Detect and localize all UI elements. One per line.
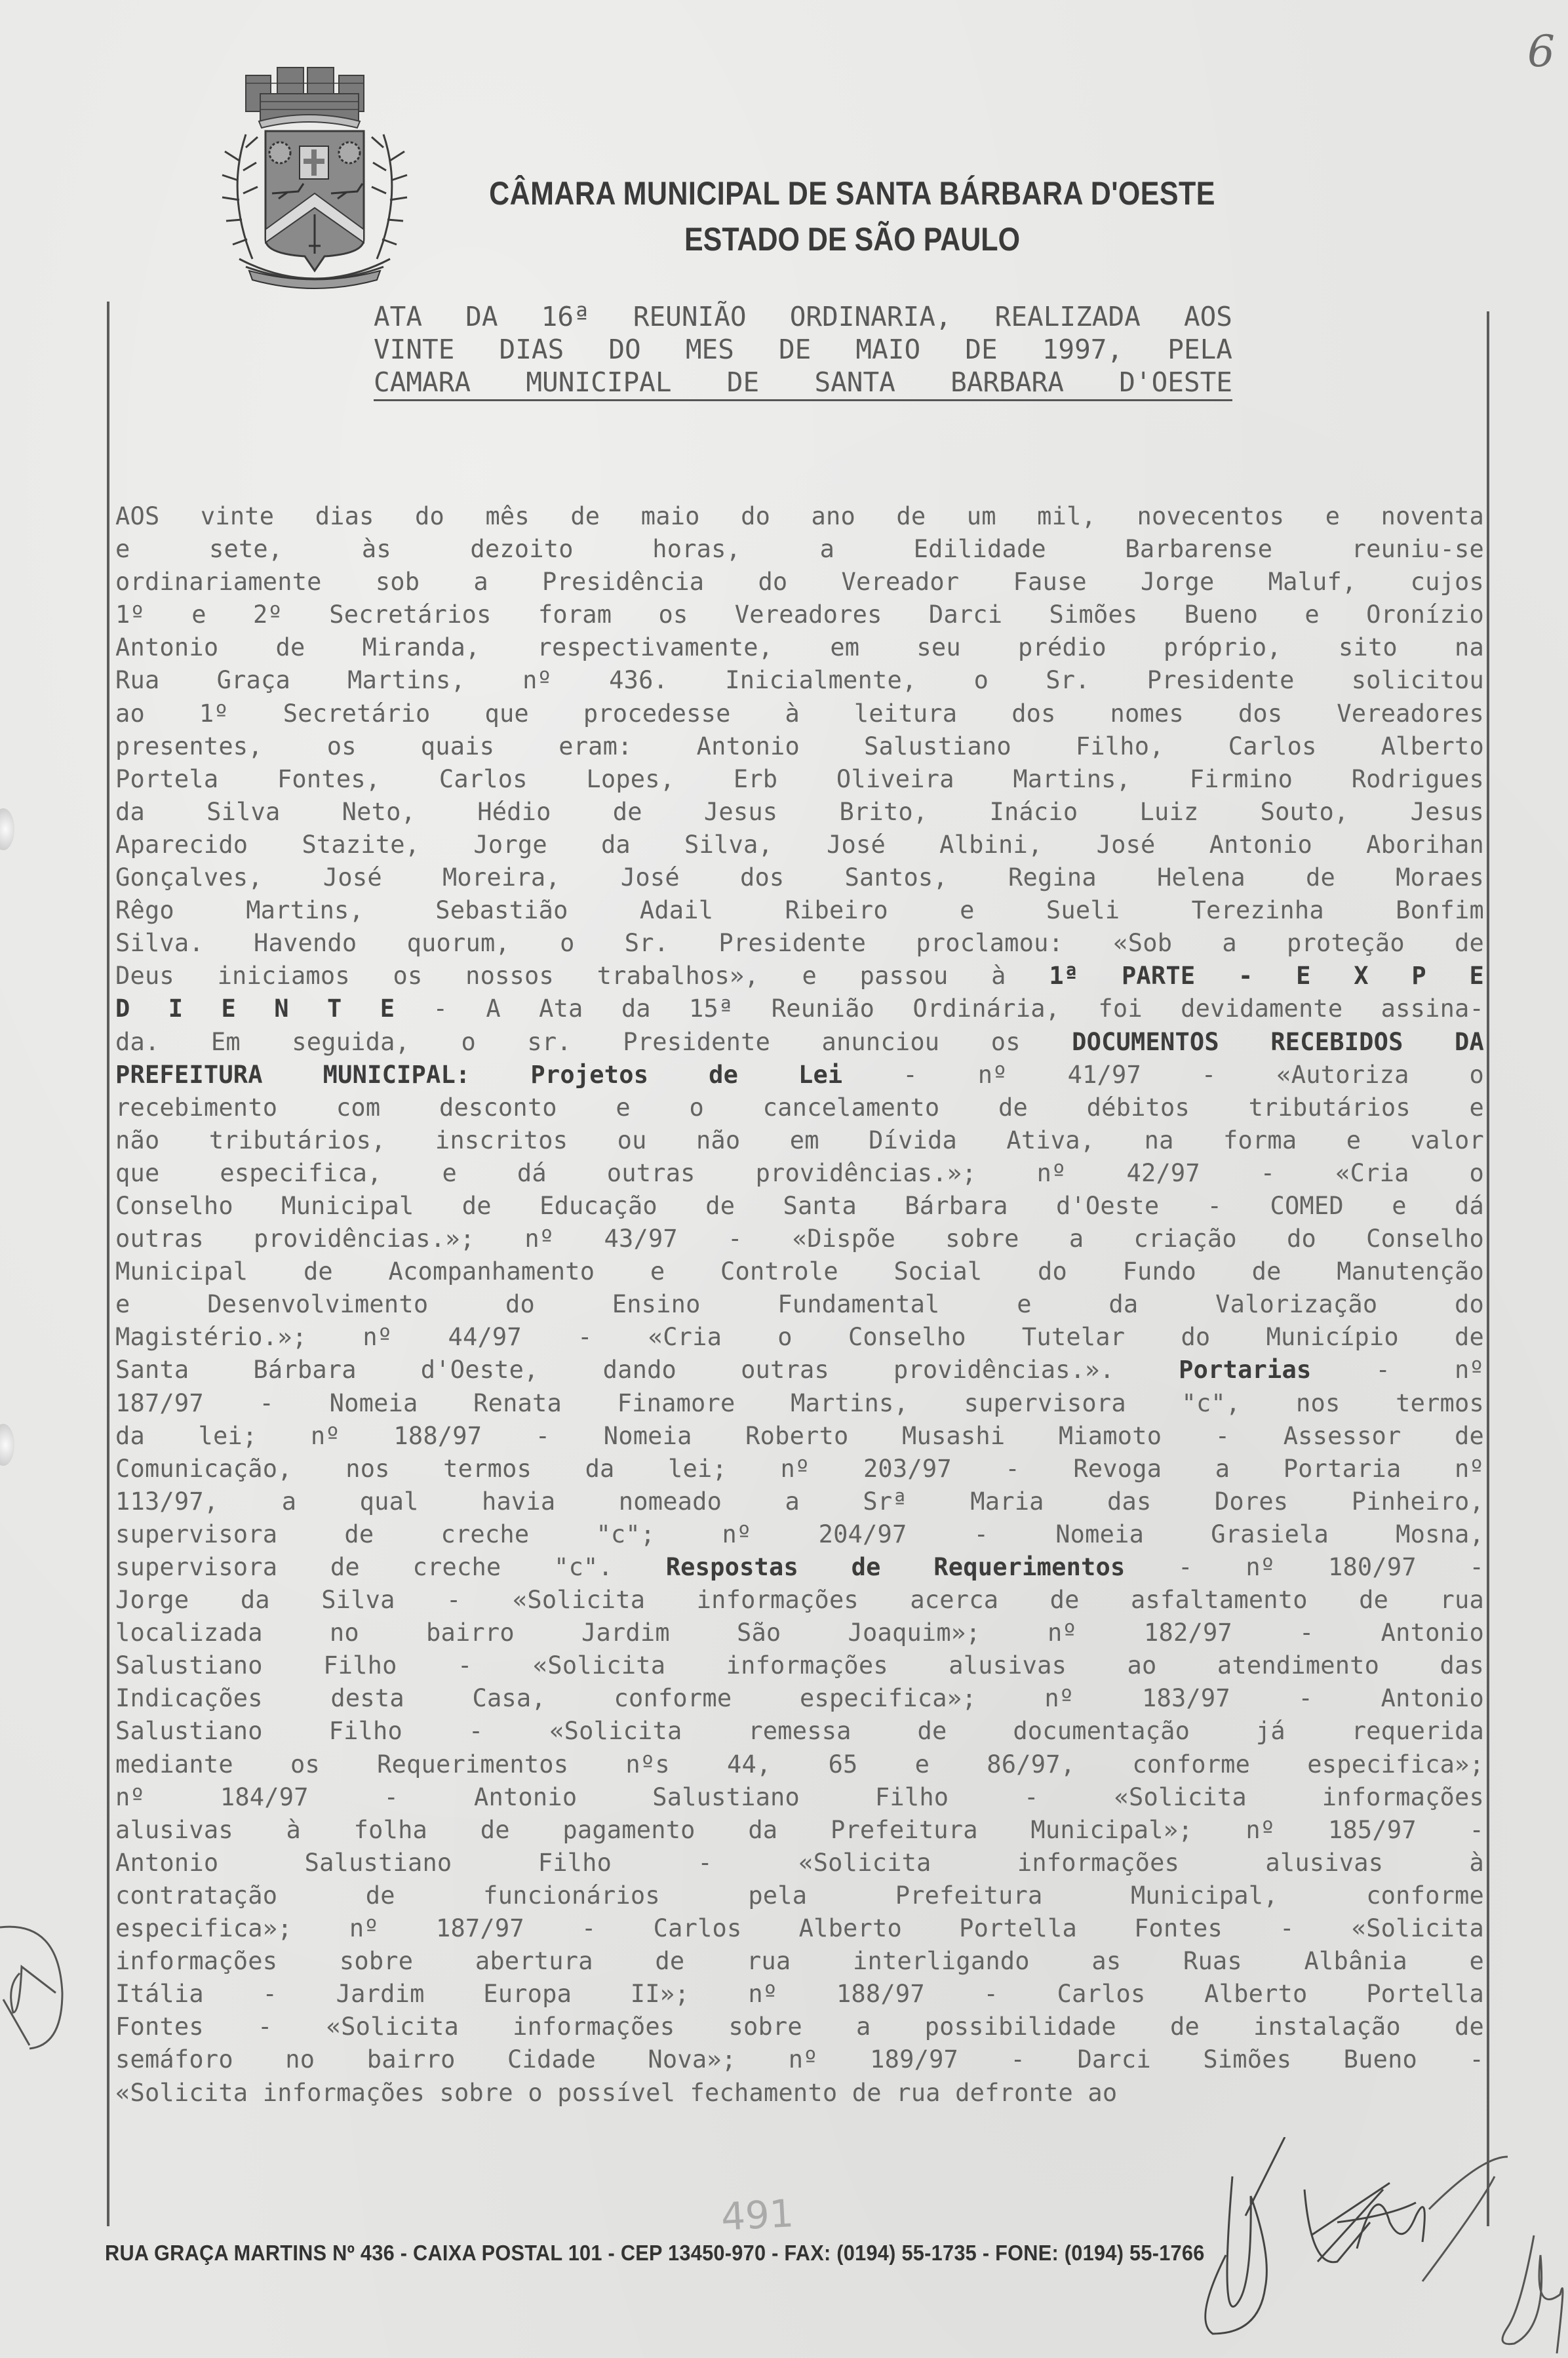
body-line: Rêgo Martins, Sebastião Adail Ribeiro e … bbox=[115, 894, 1484, 927]
body-line: Municipal de Acompanhamento e Controle S… bbox=[115, 1255, 1484, 1288]
body-line: AOS vinte dias do mês de maio do ano de … bbox=[115, 500, 1484, 533]
punch-hole bbox=[0, 1424, 14, 1466]
body-line: recebimento com desconto e o cancelament… bbox=[115, 1091, 1484, 1124]
body-line: supervisora de creche "c"; nº 204/97 - N… bbox=[115, 1518, 1484, 1551]
body-line: especifica»; nº 187/97 - Carlos Alberto … bbox=[115, 1912, 1484, 1945]
body-line: supervisora de creche "c". Respostas de … bbox=[115, 1551, 1484, 1584]
footer-address: RUA GRAÇA MARTINS Nº 436 - CAIXA POSTAL … bbox=[105, 2241, 1398, 2266]
bold-heading-text: Portarias bbox=[1179, 1356, 1311, 1384]
state-name: ESTADO DE SÃO PAULO bbox=[435, 218, 1270, 260]
body-text: - nº 180/97 - bbox=[1125, 1553, 1484, 1581]
body-line: da lei; nº 188/97 - Nomeia Roberto Musas… bbox=[115, 1420, 1484, 1453]
body-line: alusivas à folha de pagamento da Prefeit… bbox=[115, 1814, 1484, 1847]
body-line: e Desenvolvimento do Ensino Fundamental … bbox=[115, 1288, 1484, 1321]
body-text: - nº bbox=[1311, 1356, 1484, 1384]
body-line: Fontes - «Solicita informações sobre a p… bbox=[115, 2011, 1484, 2043]
body-line: ordinariamente sob a Presidência do Vere… bbox=[115, 566, 1484, 599]
title-line: CAMARA MUNICIPAL DE SANTA BARBARA D'OEST… bbox=[374, 366, 1232, 399]
body-line: presentes, os quais eram: Antonio Salust… bbox=[115, 730, 1484, 763]
body-line: 187/97 - Nomeia Renata Finamore Martins,… bbox=[115, 1387, 1484, 1420]
stamped-sheet-number: 491 bbox=[720, 2191, 794, 2239]
body-line: Magistério.»; nº 44/97 - «Cria o Conselh… bbox=[115, 1321, 1484, 1354]
body-line: Antonio de Miranda, respectivamente, em … bbox=[115, 631, 1484, 664]
body-line: mediante os Requerimentos nºs 44, 65 e 8… bbox=[115, 1748, 1484, 1781]
signature-left-margin bbox=[0, 1914, 72, 2072]
body-line: Salustiano Filho - «Solicita informações… bbox=[115, 1649, 1484, 1682]
body-text: - nº 41/97 - «Autoriza o bbox=[842, 1061, 1484, 1089]
body-line: Salustiano Filho - «Solicita remessa de … bbox=[115, 1715, 1484, 1748]
body-line: nº 184/97 - Antonio Salustiano Filho - «… bbox=[115, 1781, 1484, 1814]
body-text: - A Ata da 15ª Reunião Ordinária, foi de… bbox=[395, 994, 1484, 1023]
body-line: da. Em seguida, o sr. Presidente anuncio… bbox=[115, 1026, 1484, 1059]
letterhead: CÂMARA MUNICIPAL DE SANTA BÁRBARA D'OEST… bbox=[435, 172, 1270, 260]
body-text: supervisora de creche "c". bbox=[115, 1553, 666, 1581]
body-text: Deus iniciamos os nossos trabalhos», e p… bbox=[115, 962, 1049, 990]
body-line: ao 1º Secretário que procedesse à leitur… bbox=[115, 698, 1484, 730]
body-line: PREFEITURA MUNICIPAL: Projetos de Lei - … bbox=[115, 1059, 1484, 1091]
initials-bottom-right bbox=[1495, 2229, 1568, 2358]
punch-hole bbox=[0, 808, 14, 850]
title-line: ATA DA 16ª REUNIÃO ORDINARIA, REALIZADA … bbox=[374, 300, 1232, 333]
body-line: Gonçalves, José Moreira, José dos Santos… bbox=[115, 861, 1484, 894]
body-text: da. Em seguida, o sr. Presidente anuncio… bbox=[115, 1028, 1072, 1056]
body-line: «Solicita informações sobre o possível f… bbox=[115, 2077, 1484, 2110]
body-line: Itália - Jardim Europa II»; nº 188/97 - … bbox=[115, 1978, 1484, 2011]
minutes-body-text: AOS vinte dias do mês de maio do ano de … bbox=[115, 500, 1484, 2110]
institution-name: CÂMARA MUNICIPAL DE SANTA BÁRBARA D'OEST… bbox=[435, 172, 1270, 214]
title-line-underlined: CAMARA MUNICIPAL DE SANTA BARBARA D'OEST… bbox=[374, 366, 1232, 401]
body-line: e sete, às dezoito horas, a Edilidade Ba… bbox=[115, 533, 1484, 566]
body-line: Antonio Salustiano Filho - «Solicita inf… bbox=[115, 1847, 1484, 1879]
body-line: Jorge da Silva - «Solicita informações a… bbox=[115, 1584, 1484, 1617]
body-line: Silva. Havendo quorum, o Sr. Presidente … bbox=[115, 927, 1484, 960]
bold-heading-text: 1ª PARTE - E X P E bbox=[1049, 962, 1484, 990]
body-line: Rua Graça Martins, nº 436. Inicialmente,… bbox=[115, 664, 1484, 697]
body-line: semáforo no bairro Cidade Nova»; nº 189/… bbox=[115, 2043, 1484, 2076]
bold-heading-text: PREFEITURA MUNICIPAL: Projetos de Lei bbox=[115, 1061, 842, 1089]
body-line: outras providências.»; nº 43/97 - «Dispõ… bbox=[115, 1223, 1484, 1255]
bold-heading-text: Respostas de Requerimentos bbox=[666, 1553, 1126, 1581]
body-line: 113/97, a qual havia nomeado a Srª Maria… bbox=[115, 1485, 1484, 1518]
body-line: D I E N T E - A Ata da 15ª Reunião Ordin… bbox=[115, 992, 1484, 1025]
body-line: contratação de funcionários pela Prefeit… bbox=[115, 1879, 1484, 1912]
body-line: Indicações desta Casa, conforme especifi… bbox=[115, 1682, 1484, 1715]
body-line: Portela Fontes, Carlos Lopes, Erb Olivei… bbox=[115, 763, 1484, 796]
minutes-title: ATA DA 16ª REUNIÃO ORDINARIA, REALIZADA … bbox=[374, 300, 1232, 399]
body-line: Santa Bárbara d'Oeste, dando outras prov… bbox=[115, 1354, 1484, 1386]
body-line: Deus iniciamos os nossos trabalhos», e p… bbox=[115, 960, 1484, 992]
bold-heading-text: DOCUMENTOS RECEBIDOS DA bbox=[1072, 1028, 1484, 1056]
body-line: 1º e 2º Secretários foram os Vereadores … bbox=[115, 599, 1484, 631]
coat-of-arms-icon bbox=[200, 62, 429, 298]
body-line: informações sobre abertura de rua interl… bbox=[115, 1945, 1484, 1978]
body-line: Aparecido Stazite, Jorge da Silva, José … bbox=[115, 829, 1484, 861]
body-line: Conselho Municipal de Educação de Santa … bbox=[115, 1190, 1484, 1223]
right-margin-rule bbox=[1487, 311, 1489, 2226]
bold-heading-text: D I E N T E bbox=[115, 994, 395, 1023]
body-text: Santa Bárbara d'Oeste, dando outras prov… bbox=[115, 1356, 1179, 1384]
body-line: Comunicação, nos termos da lei; nº 203/9… bbox=[115, 1453, 1484, 1485]
left-margin-rule bbox=[107, 302, 109, 2226]
title-line: VINTE DIAS DO MES DE MAIO DE 1997, PELA bbox=[374, 333, 1232, 366]
body-line: da Silva Neto, Hédio de Jesus Brito, Iná… bbox=[115, 796, 1484, 829]
body-line: que especifica, e dá outras providências… bbox=[115, 1157, 1484, 1190]
handwritten-page-number: 6 bbox=[1527, 26, 1555, 77]
body-line: não tributários, inscritos ou não em Dív… bbox=[115, 1124, 1484, 1157]
body-line: localizada no bairro Jardim São Joaquim»… bbox=[115, 1617, 1484, 1649]
